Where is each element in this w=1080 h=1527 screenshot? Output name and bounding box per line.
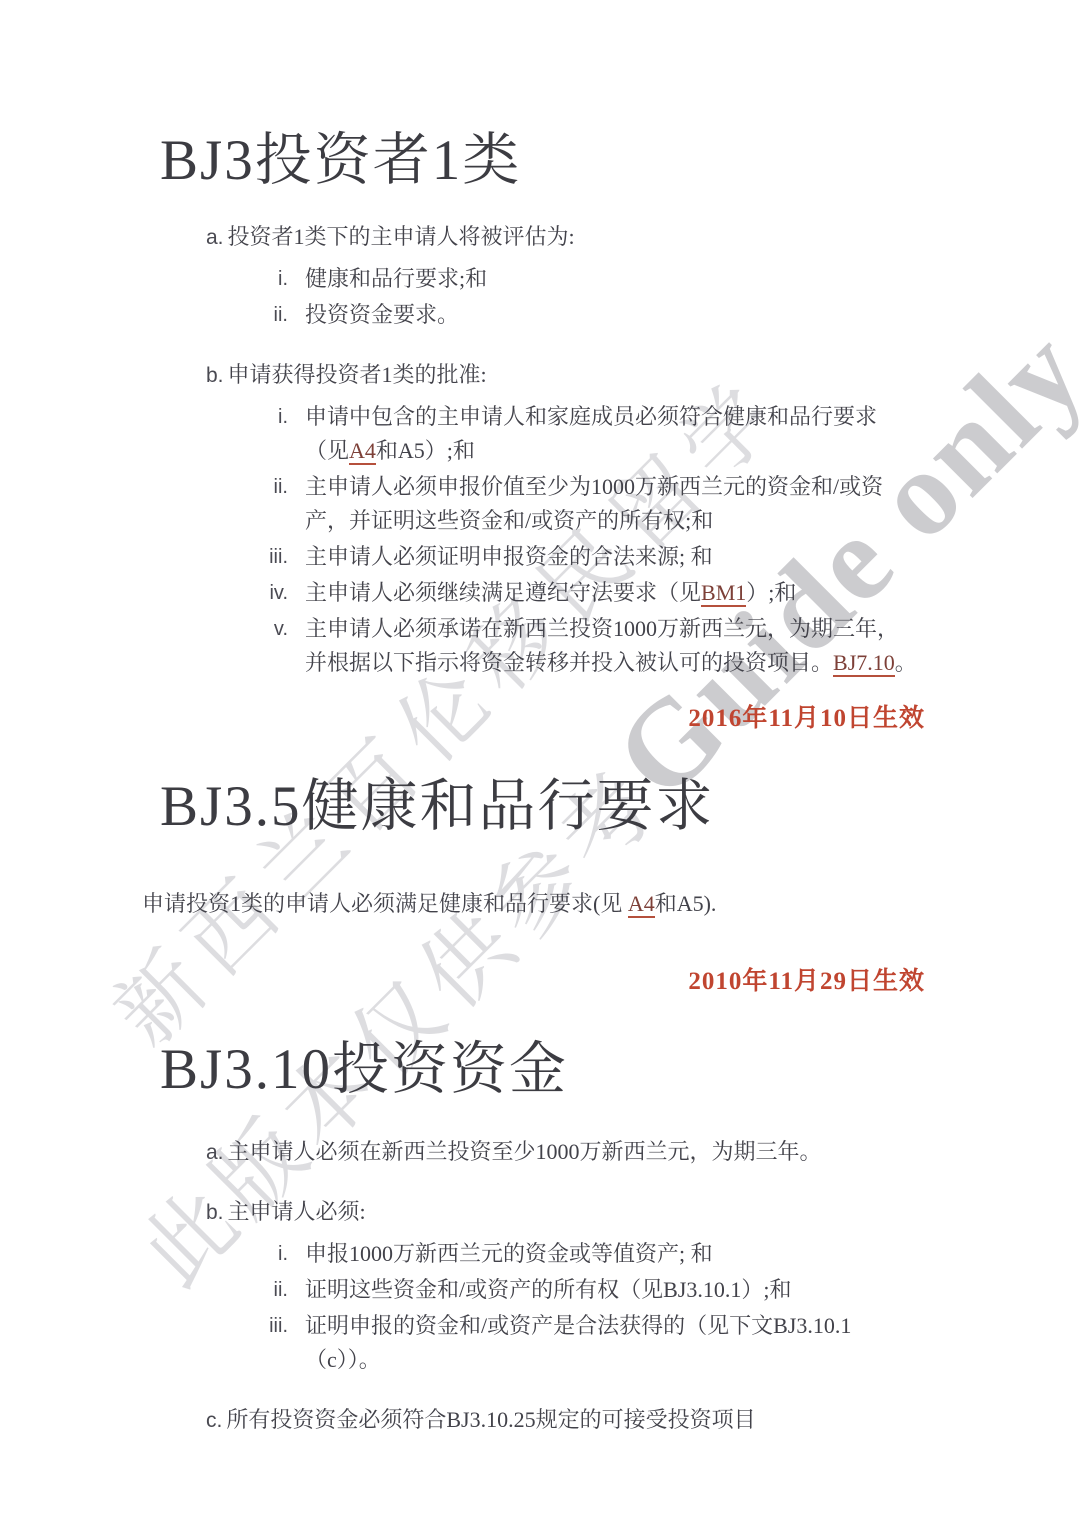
list-item: ii.投资资金要求。 bbox=[252, 298, 925, 332]
paragraph-bj3-5: 申请投资1类的申请人必须满足健康和品行要求(见 A4和A5). bbox=[142, 887, 925, 921]
text-fragment: 申请投资1类的申请人必须满足健康和品行要求(见 bbox=[142, 891, 628, 916]
list-b-subitems: i.申报1000万新西兰元的资金或等值资产; 和 ii.证明这些资金和/或资产的… bbox=[252, 1237, 925, 1377]
list-item-text: 证明这些资金和/或资产的所有权（见BJ3.10.1）;和 bbox=[305, 1273, 791, 1307]
document-content: BJ3投资者1类 a.投资者1类下的主申请人将被评估为: i.健康和品行要求;和… bbox=[0, 0, 1080, 1437]
clause-c-marker: c. bbox=[206, 1409, 222, 1432]
clause-b-text: 主申请人必须: bbox=[228, 1199, 366, 1224]
list-item-text: 证明申报的资金和/或资产是合法获得的（见下文BJ3.10.1 bbox=[305, 1309, 851, 1343]
list-item: iii. 证明申报的资金和/或资产是合法获得的（见下文BJ3.10.1 （c））… bbox=[252, 1309, 925, 1377]
effective-date-bj3-5: 2010年11月29日生效 bbox=[140, 961, 925, 997]
clause-a-text: 投资者1类下的主申请人将被评估为: bbox=[228, 224, 575, 249]
list-item-number: i. bbox=[252, 1237, 288, 1271]
clause-b-marker: b. bbox=[206, 1201, 224, 1224]
link-a4[interactable]: A4 bbox=[628, 891, 655, 918]
text-fragment: （见 bbox=[305, 438, 349, 463]
list-a-subitems: i.健康和品行要求;和 ii.投资资金要求。 bbox=[252, 262, 925, 332]
list-b-subitems: i. 申请中包含的主申请人和家庭成员必须符合健康和品行要求 （见A4和A5）;和… bbox=[252, 400, 925, 680]
list-item-number: ii. bbox=[252, 298, 288, 332]
clause-b-marker: b. bbox=[206, 364, 224, 387]
clause-b: b.主申请人必须: bbox=[206, 1195, 925, 1229]
link-bj7-10[interactable]: BJ7.10 bbox=[833, 650, 895, 677]
list-item-number: iii. bbox=[252, 1309, 288, 1343]
clause-c-text: 所有投资资金必须符合BJ3.10.25规定的可接受投资项目 bbox=[226, 1407, 755, 1432]
list-item-number: ii. bbox=[252, 1273, 288, 1307]
list-item-text: 主申请人必须继续满足遵纪守法要求（见BM1）;和 bbox=[305, 576, 796, 610]
list-item-text: （c））。 bbox=[305, 1343, 851, 1377]
link-a4[interactable]: A4 bbox=[349, 438, 376, 465]
list-item-text: 主申请人必须承诺在新西兰投资1000万新西兰元，为期三年， bbox=[305, 612, 917, 646]
clause-a: a.主申请人必须在新西兰投资至少1000万新西兰元，为期三年。 bbox=[206, 1135, 925, 1169]
list-item: ii. 主申请人必须申报价值至少为1000万新西兰元的资金和/或资 产，并证明这… bbox=[252, 470, 925, 538]
list-item-number: v. bbox=[252, 612, 288, 646]
list-item-text: 主申请人必须证明申报资金的合法来源; 和 bbox=[305, 540, 713, 574]
list-item-number: ii. bbox=[252, 470, 288, 504]
list-item-text: （见A4和A5）;和 bbox=[305, 434, 877, 468]
clause-a: a.投资者1类下的主申请人将被评估为: bbox=[206, 220, 925, 254]
list-item-text: 申请中包含的主申请人和家庭成员必须符合健康和品行要求 bbox=[305, 400, 877, 434]
text-fragment: 主申请人必须继续满足遵纪守法要求（见 bbox=[305, 580, 701, 605]
clause-b: b.申请获得投资者1类的批准: bbox=[206, 358, 925, 392]
list-item-text: 主申请人必须申报价值至少为1000万新西兰元的资金和/或资 bbox=[305, 470, 883, 504]
list-item-number: iv. bbox=[252, 576, 288, 610]
list-item-text: 产，并证明这些资金和/或资产的所有权;和 bbox=[305, 504, 883, 538]
list-item-text: 并根据以下指示将资金转移并投入被认可的投资项目。BJ7.10。 bbox=[305, 646, 917, 680]
list-item-text: 健康和品行要求;和 bbox=[305, 262, 487, 296]
clause-a-marker: a. bbox=[206, 226, 224, 249]
text-fragment: 和A5). bbox=[655, 891, 717, 916]
effective-date-bj3: 2016年11月10日生效 bbox=[140, 698, 925, 734]
list-item-number: i. bbox=[252, 262, 288, 296]
text-fragment: 。 bbox=[895, 650, 917, 675]
list-item: i.健康和品行要求;和 bbox=[252, 262, 925, 296]
link-bm1[interactable]: BM1 bbox=[701, 580, 746, 607]
text-fragment: 和A5）;和 bbox=[376, 438, 475, 463]
list-item-number: i. bbox=[252, 400, 288, 434]
section-title-bj3-5: BJ3.5健康和品行要求 bbox=[160, 772, 925, 842]
list-item: iii.主申请人必须证明申报资金的合法来源; 和 bbox=[252, 540, 925, 574]
clause-a-marker: a. bbox=[206, 1141, 224, 1164]
section-title-bj3: BJ3投资者1类 bbox=[160, 126, 925, 196]
clause-c: c.所有投资资金必须符合BJ3.10.25规定的可接受投资项目 bbox=[206, 1403, 925, 1437]
list-item-number: iii. bbox=[252, 540, 288, 574]
list-item: ii.证明这些资金和/或资产的所有权（见BJ3.10.1）;和 bbox=[252, 1273, 925, 1307]
clause-b-text: 申请获得投资者1类的批准: bbox=[228, 362, 487, 387]
list-item: iv.主申请人必须继续满足遵纪守法要求（见BM1）;和 bbox=[252, 576, 925, 610]
list-item-text: 申报1000万新西兰元的资金或等值资产; 和 bbox=[305, 1237, 713, 1271]
section-title-bj3-10: BJ3.10投资资金 bbox=[160, 1035, 925, 1105]
list-item: v. 主申请人必须承诺在新西兰投资1000万新西兰元，为期三年， 并根据以下指示… bbox=[252, 612, 925, 680]
list-item: i. 申请中包含的主申请人和家庭成员必须符合健康和品行要求 （见A4和A5）;和 bbox=[252, 400, 925, 468]
text-fragment: ）;和 bbox=[746, 580, 796, 605]
list-item: i.申报1000万新西兰元的资金或等值资产; 和 bbox=[252, 1237, 925, 1271]
list-item-text: 投资资金要求。 bbox=[305, 298, 459, 332]
text-fragment: 并根据以下指示将资金转移并投入被认可的投资项目。 bbox=[305, 650, 833, 675]
clause-a-text: 主申请人必须在新西兰投资至少1000万新西兰元，为期三年。 bbox=[228, 1139, 822, 1164]
